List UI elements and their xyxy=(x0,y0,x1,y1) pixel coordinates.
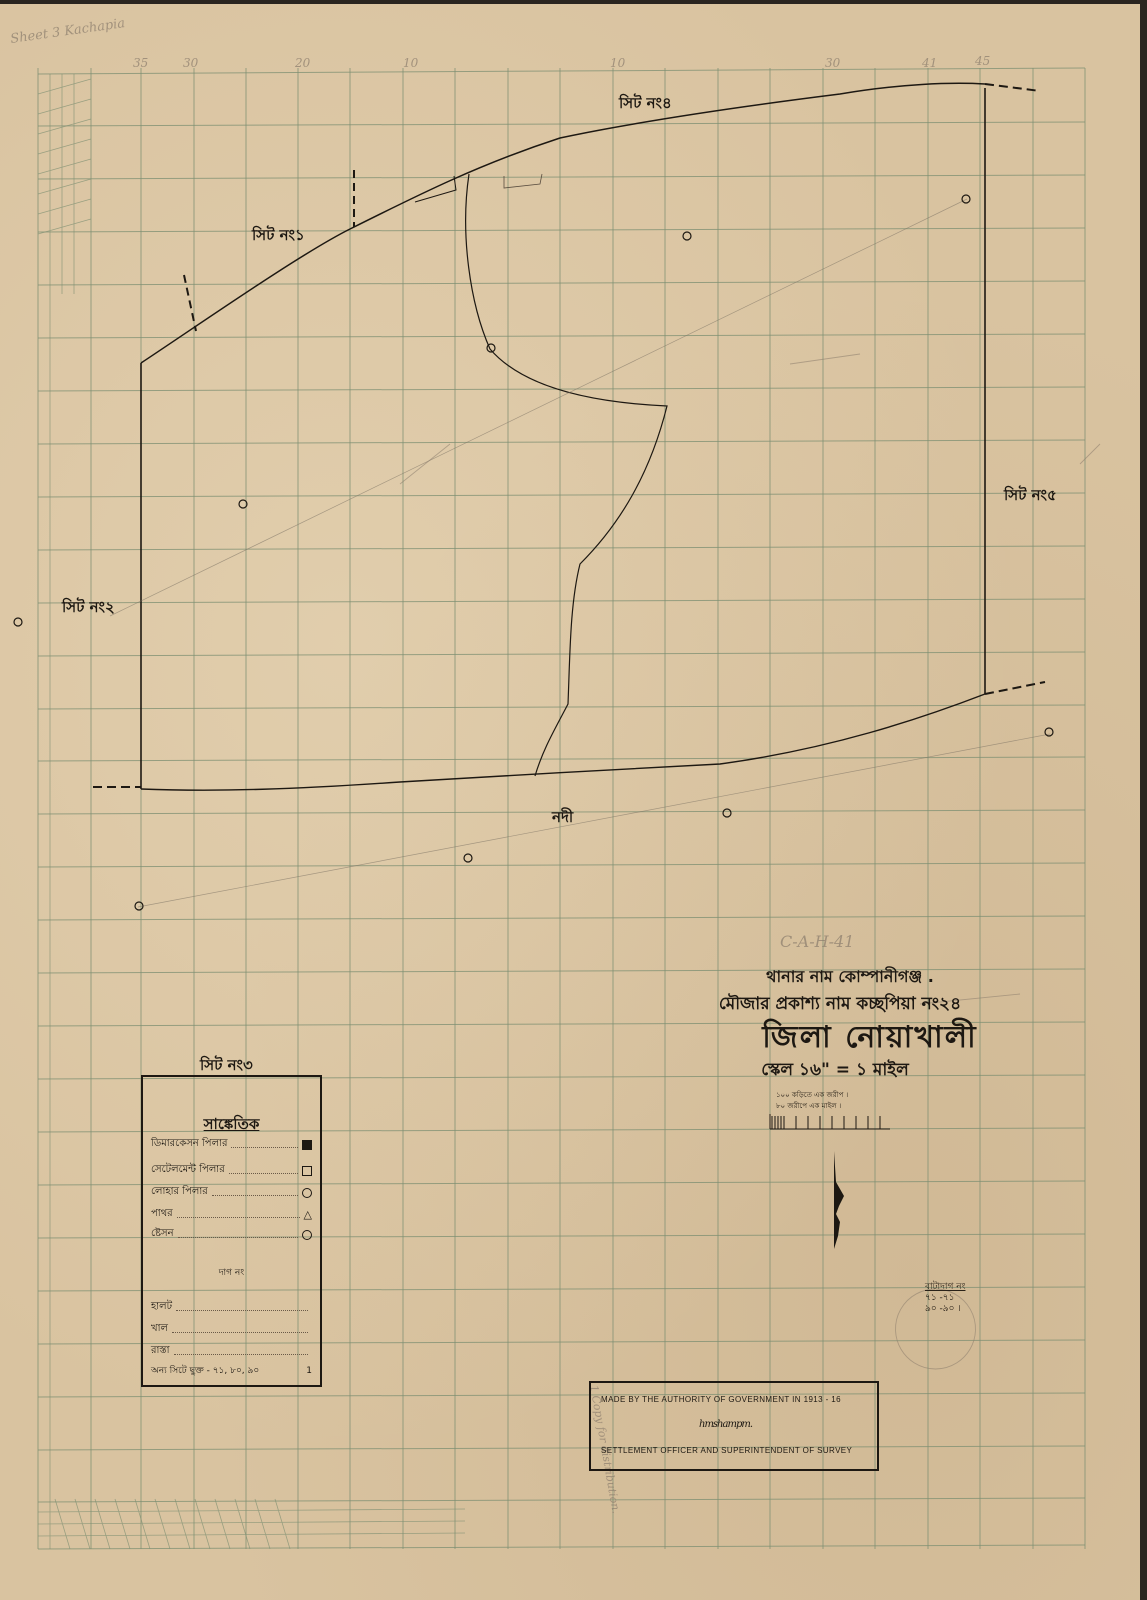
margin-number: 30 xyxy=(183,56,198,70)
iron-pillar-icon xyxy=(302,1188,312,1198)
legend-title: সাঙ্কেতিক xyxy=(143,1113,320,1138)
sheet-label-northwest: সিট নং১ xyxy=(252,224,305,249)
authority-line: MADE BY THE AUTHORITY OF GOVERNMENT IN 1… xyxy=(601,1395,841,1404)
margin-number: 41 xyxy=(922,56,937,70)
margin-number: 10 xyxy=(610,56,625,70)
legend-label: পাথর xyxy=(151,1206,173,1223)
margin-number: 30 xyxy=(825,56,840,70)
stamp-line: ৯০ -৯০ । xyxy=(925,1304,965,1315)
signature: hmshampm. xyxy=(699,1419,752,1430)
pencil-note-center-right: C-A-H-41 xyxy=(780,932,854,951)
officer-title: SETTLEMENT OFFICER AND SUPERINTENDENT OF… xyxy=(601,1446,852,1455)
legend-box: সাঙ্কেতিক ডিমারকেসন পিলার সেটেলমেন্ট পিল… xyxy=(141,1075,322,1387)
legend-row: খাল xyxy=(151,1321,312,1338)
legend-row: হালট xyxy=(151,1299,312,1316)
stamp-line: ৭১ -৭১ xyxy=(925,1293,965,1304)
scale-note-2: ৮০ জরীপে এক মাইল । xyxy=(776,1101,848,1112)
open-square-icon xyxy=(302,1166,312,1176)
margin-number: 20 xyxy=(295,56,310,70)
filled-square-icon xyxy=(302,1140,312,1150)
scale-note-1: ১০০ কড়িতে এক জরীপ । xyxy=(776,1090,848,1101)
sheet-label-east: সিট নং৫ xyxy=(1004,484,1057,509)
legend-label: রাস্তা xyxy=(151,1343,170,1360)
margin-number: 10 xyxy=(403,56,418,70)
station-circle-icon xyxy=(302,1230,312,1240)
legend-row: অন্য সিটে ছুক্ত - ৭১, ৮০, ৯০ 1 xyxy=(151,1363,312,1378)
legend-row: ডিমারকেসন পিলার xyxy=(151,1136,312,1153)
legend-label: সেটেলমেন্ট পিলার xyxy=(151,1162,225,1179)
river-label: নদী xyxy=(552,806,573,831)
triangle-icon: △ xyxy=(304,1208,312,1221)
legend-label: লোহার পিলার xyxy=(151,1184,208,1201)
legend-value: 1 xyxy=(306,1366,312,1376)
sheet-label-north: সিট নং৪ xyxy=(619,92,672,117)
sheet-label-west: সিট নং২ xyxy=(62,596,115,621)
legend-row: ষ্টেসন xyxy=(151,1226,312,1243)
legend-row: সেটেলমেন্ট পিলার xyxy=(151,1162,312,1179)
legend-label: অন্য সিটে ছুক্ত - ৭১, ৮০, ৯০ xyxy=(151,1363,259,1378)
mauza-name: মৌজার প্রকাশ্য নাম কচ্ছপিয়া নং২৪ xyxy=(680,991,1000,1019)
authority-box: MADE BY THE AUTHORITY OF GOVERNMENT IN 1… xyxy=(589,1381,879,1471)
margin-number: 35 xyxy=(133,56,148,70)
legend-label: ডিমারকেসন পিলার xyxy=(151,1136,227,1153)
scale-notes: ১০০ কড়িতে এক জরীপ । ৮০ জরীপে এক মাইল । xyxy=(776,1090,848,1112)
legend-row: লোহার পিলার xyxy=(151,1184,312,1201)
legend-label: হালট xyxy=(151,1299,172,1316)
plot-stamp: বাটাদাগ নং ৭১ -৭১ ৯০ -৯০ । xyxy=(925,1282,965,1315)
plot-number-header: দাগ নং xyxy=(143,1265,320,1280)
legend-row: পাথর △ xyxy=(151,1206,312,1223)
legend-label: ষ্টেসন xyxy=(151,1226,174,1243)
title-block: থানার নাম কোম্পানীগঞ্জ . মৌজার প্রকাশ্য … xyxy=(680,964,1000,1085)
stamp-heading: বাটাদাগ নং xyxy=(925,1282,965,1293)
legend-label: খাল xyxy=(151,1321,168,1338)
map-sheet: সিট নং৪ সিট নং১ সিট নং৫ সিট নং২ সিট নং৩ … xyxy=(0,4,1140,1600)
margin-number: 45 xyxy=(975,54,990,68)
thana-name: থানার নাম কোম্পানীগঞ্জ . xyxy=(700,964,1000,991)
legend-row: রাস্তা xyxy=(151,1343,312,1360)
district-name: জিলা নোয়াখালী xyxy=(740,1019,1000,1057)
scale-text: স্কেল ১৬" = ১ মাইল xyxy=(670,1057,1000,1085)
